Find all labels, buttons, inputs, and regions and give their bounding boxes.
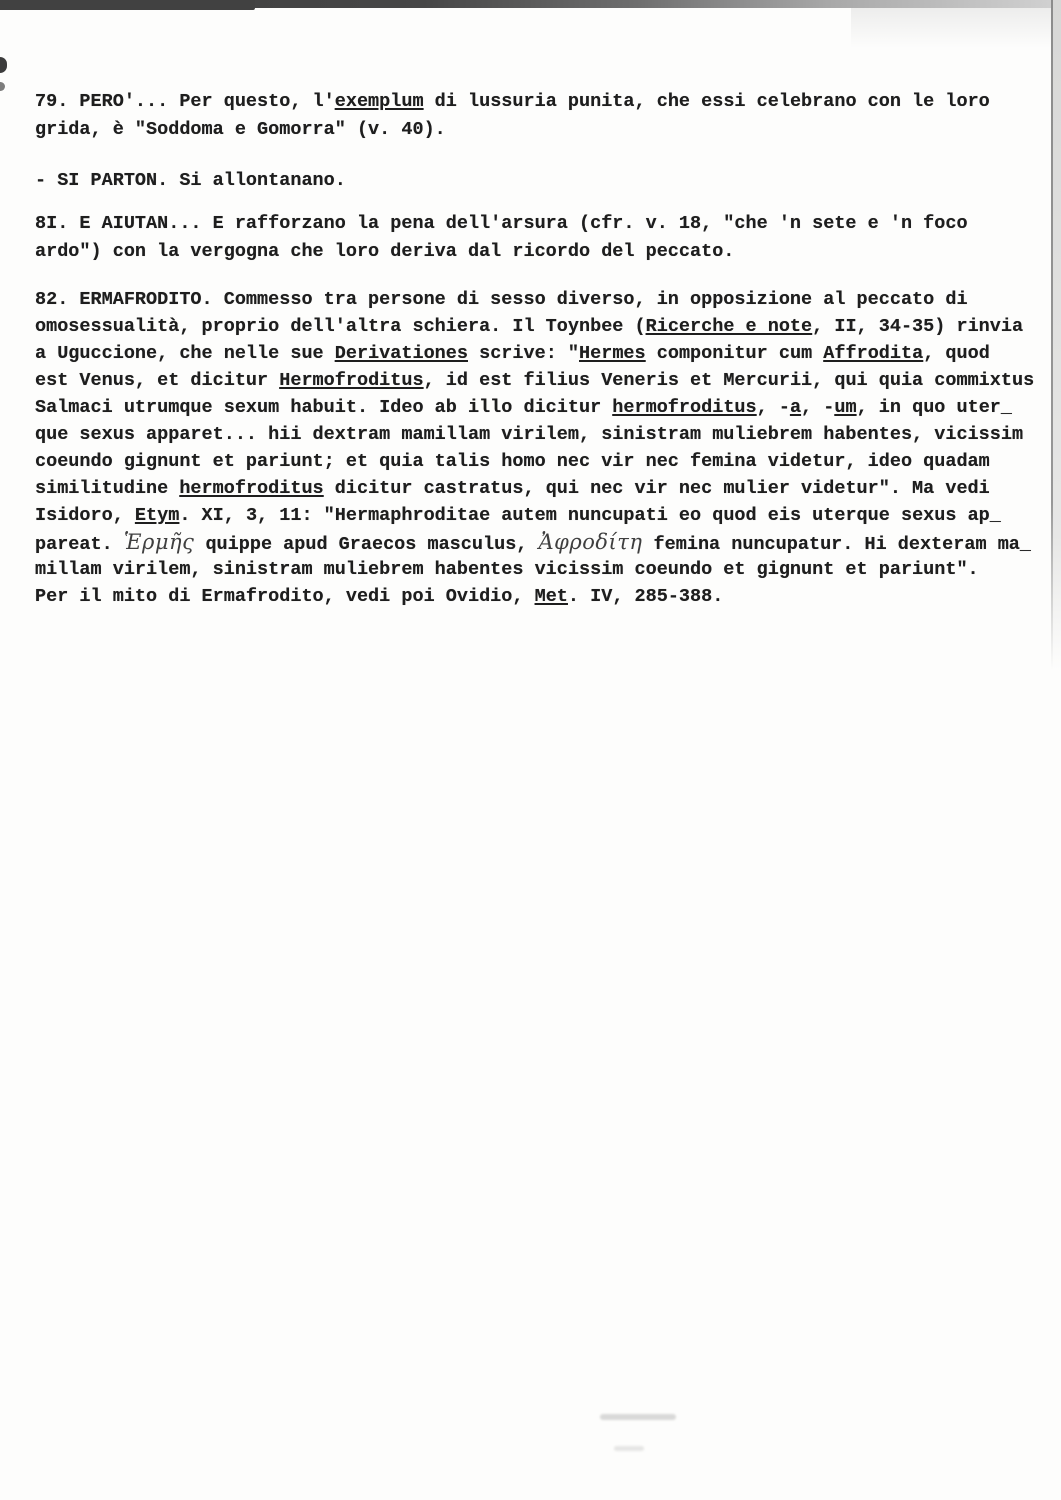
text-run: , II, 34-35) rinvia [812, 316, 1023, 337]
scan-left-edge-mark-1 [0, 57, 7, 73]
note-paragraph-79: 79. PERO'... Per questo, l'exemplum di l… [35, 88, 990, 143]
underlined-term: Hermofroditus [279, 370, 423, 391]
underlined-term: Hermes [579, 343, 646, 364]
text-run: coeundo gignunt et pariunt; et quia tali… [35, 451, 990, 472]
text-run: , - [757, 397, 790, 418]
text-run: scrive: " [468, 343, 579, 364]
scan-smudge-bottom-1 [600, 1414, 676, 1420]
note-paragraph-si-parton: - SI PARTON. Si allontanano. [35, 167, 346, 195]
underlined-term: exemplum [335, 91, 424, 112]
underlined-term: Derivationes [335, 343, 468, 364]
text-line: 79. PERO'... Per questo, l'exemplum di l… [35, 88, 990, 116]
underlined-term: a [790, 397, 801, 418]
text-line: 82. ERMAFRODITO. Commesso tra persone di… [35, 286, 1034, 313]
text-run: di lussuria punita, che essi celebrano c… [424, 91, 990, 112]
text-line: omosessualità, proprio dell'altra schier… [35, 313, 1034, 340]
scan-left-edge-mark-2 [0, 82, 5, 91]
text-run: , in quo uter_ [857, 397, 1012, 418]
text-run: Per il mito di Ermafrodito, vedi poi Ovi… [35, 586, 535, 607]
scan-right-edge-shadow [1053, 0, 1061, 670]
text-line: grida, è "Soddoma e Gomorra" (v. 40). [35, 116, 990, 144]
underlined-term: hermofroditus [612, 397, 756, 418]
text-run: pareat. [35, 534, 124, 555]
text-run: est Venus, et dicitur [35, 370, 279, 391]
text-line: 8I. E AIUTAN... E rafforzano la pena del… [35, 210, 968, 238]
text-run: Salmaci utrumque sexum habuit. Ideo ab i… [35, 397, 612, 418]
text-line: Salmaci utrumque sexum habuit. Ideo ab i… [35, 394, 1034, 421]
text-line: Per il mito di Ermafrodito, vedi poi Ovi… [35, 583, 1034, 610]
text-run: ardo") con la vergogna che loro deriva d… [35, 241, 734, 262]
text-line: coeundo gignunt et pariunt; et quia tali… [35, 448, 1034, 475]
text-run: millam virilem, sinistram muliebrem habe… [35, 559, 979, 580]
scan-top-right-shadow [851, 8, 1061, 48]
greek-handwritten-term: Ἑρμῆς [124, 530, 195, 554]
text-run: 8I. E AIUTAN... E rafforzano la pena del… [35, 213, 968, 234]
scanned-page: 79. PERO'... Per questo, l'exemplum di l… [0, 0, 1061, 1500]
text-run: 82. ERMAFRODITO. Commesso tra persone di… [35, 289, 968, 310]
underlined-term: hermofroditus [179, 478, 323, 499]
text-run: , quod [923, 343, 990, 364]
text-run: Isidoro, [35, 505, 135, 526]
underlined-term: Etym [135, 505, 179, 526]
underlined-term: Ricerche e note [646, 316, 813, 337]
text-run: similitudine [35, 478, 179, 499]
text-run: que sexus apparet... hii dextram mamilla… [35, 424, 1023, 445]
text-run: - SI PARTON. Si allontanano. [35, 170, 346, 191]
greek-handwritten-term: Ἀφροδίτη [539, 530, 643, 554]
note-paragraph-81: 8I. E AIUTAN... E rafforzano la pena del… [35, 210, 968, 265]
scan-smudge-bottom-2 [614, 1446, 644, 1451]
text-line: - SI PARTON. Si allontanano. [35, 167, 346, 195]
text-run: 79. PERO'... Per questo, l' [35, 91, 335, 112]
underlined-term: um [834, 397, 856, 418]
scan-top-edge-dark-segment [0, 0, 255, 10]
text-run: quippe apud Graecos masculus, [194, 534, 538, 555]
underlined-term: Met [535, 586, 568, 607]
underlined-term: Affrodita [823, 343, 923, 364]
text-line: similitudine hermofroditus dicitur castr… [35, 475, 1034, 502]
text-run: grida, è "Soddoma e Gomorra" (v. 40). [35, 119, 446, 140]
text-run: a Uguccione, che nelle sue [35, 343, 335, 364]
text-run: omosessualità, proprio dell'altra schier… [35, 316, 646, 337]
text-line: que sexus apparet... hii dextram mamilla… [35, 421, 1034, 448]
note-paragraph-82: 82. ERMAFRODITO. Commesso tra persone di… [35, 286, 1034, 610]
text-line: ardo") con la vergogna che loro deriva d… [35, 238, 968, 266]
text-run: , - [801, 397, 834, 418]
text-line: est Venus, et dicitur Hermofroditus, id … [35, 367, 1034, 394]
text-run: , id est filius Veneris et Mercurii, qui… [424, 370, 1035, 391]
text-line: pareat. Ἑρμῆς quippe apud Graecos mascul… [35, 529, 1034, 556]
text-line: Isidoro, Etym. XI, 3, 11: "Hermaphrodita… [35, 502, 1034, 529]
text-run: . IV, 285-388. [568, 586, 723, 607]
text-run: . XI, 3, 11: "Hermaphroditae autem nuncu… [179, 505, 1001, 526]
text-line: millam virilem, sinistram muliebrem habe… [35, 556, 1034, 583]
text-line: a Uguccione, che nelle sue Derivationes … [35, 340, 1034, 367]
text-run: femina nuncupatur. Hi dexteram ma_ [642, 534, 1031, 555]
text-run: dicitur castratus, qui nec vir nec mulie… [324, 478, 990, 499]
text-run: componitur cum [646, 343, 824, 364]
